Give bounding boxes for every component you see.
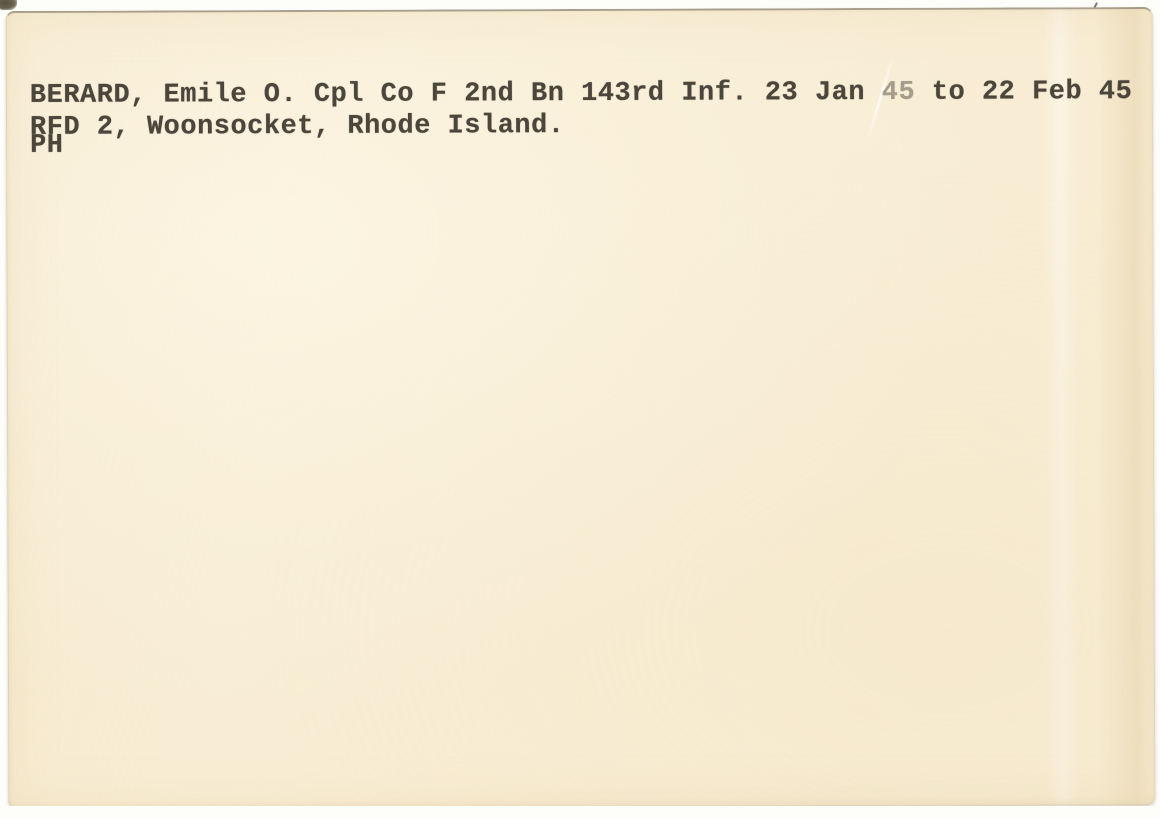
scanned-page: BERARD, Emile O. Cpl Co F 2nd Bn 143rd I…	[0, 0, 1160, 818]
corner-smudge-mark	[0, 0, 17, 10]
index-card: BERARD, Emile O. Cpl Co F 2nd Bn 143rd I…	[6, 7, 1156, 809]
card-line-1: BERARD, Emile O. Cpl Co F 2nd Bn 143rd I…	[30, 79, 1132, 110]
line1-text: BERARD, Emile O. Cpl Co F 2nd Bn 143rd I…	[30, 78, 882, 111]
scan-bottom-margin	[0, 806, 1160, 818]
line1-text-continued: to 22 Feb 45	[915, 77, 1132, 108]
card-line-2-address: RFD 2, Woonsocket, Rhode Island.	[30, 113, 565, 142]
card-line-3-award: PH	[30, 133, 64, 160]
line1-faded-year: 45	[882, 78, 916, 108]
